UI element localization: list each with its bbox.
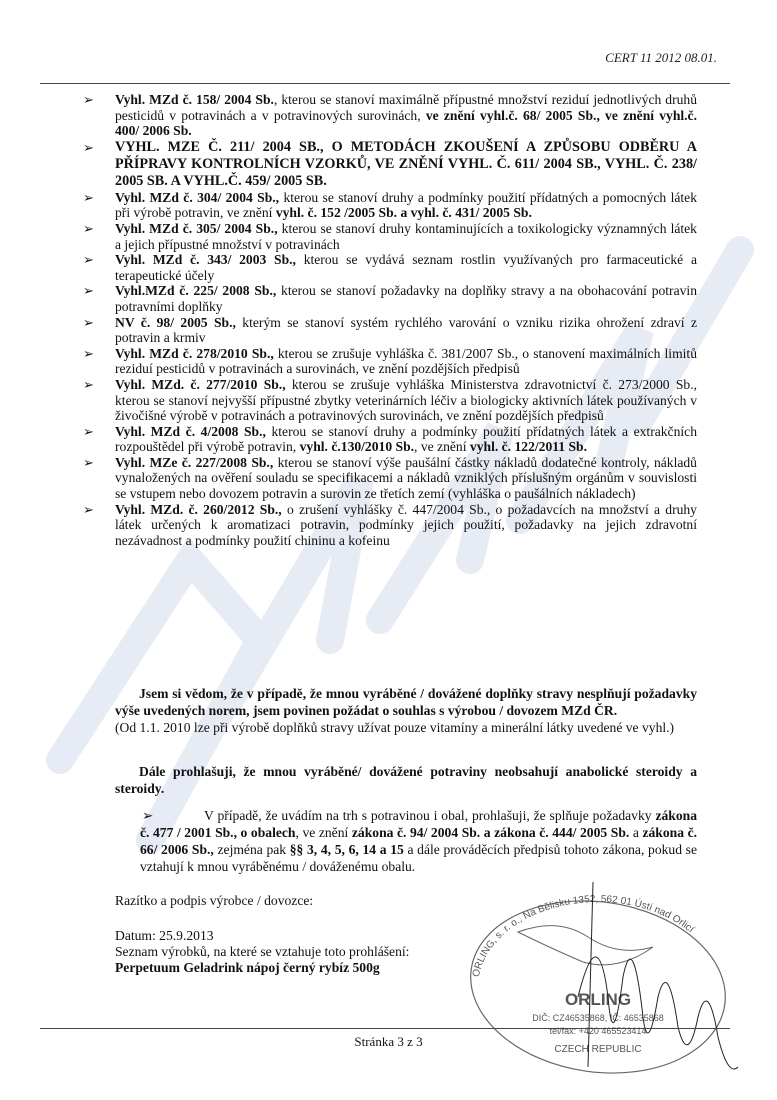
regulation-item: ➢ Vyhl. MZe č. 227/2008 Sb., kterou se s… (115, 455, 697, 502)
date: Datum: 25.9.2013 (115, 928, 409, 944)
page-number: Stránka 3 z 3 (0, 1034, 777, 1050)
regulations-list: ➢Vyhl. MZd č. 158/ 2004 Sb., kterou se s… (115, 92, 697, 548)
packaging-declaration: ➢ V případě, že uvádím na trh s potravin… (140, 807, 697, 875)
regulation-item: ➢Vyhl. MZd č. 343/ 2003 Sb., kterou se v… (115, 252, 697, 283)
bold-reference: Vyhl. MZd č. 343/ 2003 Sb., (115, 252, 296, 267)
regulation-item: ➢ Vyhl. MZd č. 278/2010 Sb., kterou se z… (115, 346, 697, 377)
arrow-bullet-icon: ➢ (83, 315, 94, 331)
regulation-item: ➢ Vyhl. MZd č. 4/2008 Sb., kterou se sta… (115, 424, 697, 455)
bold-reference: Vyhl. MZd. č. 260/2012 Sb., (115, 502, 282, 517)
product-name: Perpetuum Geladrink nápoj černý rybíz 50… (115, 960, 409, 976)
packaging-text: V případě, že uvádím na trh s potravinou… (140, 807, 697, 875)
arrow-bullet-icon: ➢ (83, 455, 94, 471)
text-run: , ve znění (414, 439, 470, 454)
regulation-item: ➢ Vyhl. MZd. č. 277/2010 Sb., kterou se … (115, 377, 697, 424)
bold-reference: Vyhl.MZd č. 225/ 2008 Sb., (115, 283, 276, 298)
regulation-item: ➢Vyhl.MZd č. 225/ 2008 Sb., kterou se st… (115, 283, 697, 314)
bold-reference: §§ 3, 4, 5, 6, 14 a 15 (290, 842, 404, 857)
bold-reference: Vyhl. MZd č. 4/2008 Sb., (115, 424, 266, 439)
stamp-arc-text: ORLING, s. r. o., Na Bělisku 1352, 562 0… (471, 894, 696, 978)
bold-reference: Vyhl. MZd č. 304/ 2004 Sb., (115, 190, 279, 205)
declaration-supplements-note: (Od 1.1. 2010 lze při výrobě doplňků str… (115, 719, 697, 736)
regulation-item: ➢Vyhl. MZd č. 158/ 2004 Sb., kterou se s… (115, 92, 697, 139)
bold-reference: Vyhl. MZd č. 305/ 2004 Sb., (115, 221, 278, 236)
arrow-bullet-icon: ➢ (83, 346, 94, 362)
bold-reference: Vyhl. MZd č. 278/2010 Sb., (115, 346, 274, 361)
regulation-item: ➢ NV č. 98/ 2005 Sb., kterým se stanoví … (115, 315, 697, 346)
bold-reference: Vyhl. MZe č. 227/2008 Sb., (115, 455, 273, 470)
declaration-supplements: Jsem si vědom, že v případě, že mnou vyr… (115, 685, 697, 736)
svg-text:ORLING, s. r. o., Na Bělisku 1: ORLING, s. r. o., Na Bělisku 1352, 562 0… (471, 894, 696, 978)
text-run: V případě, že uvádím na trh s potravinou… (204, 808, 655, 823)
arrow-bullet-icon: ➢ (142, 807, 153, 824)
arrow-bullet-icon: ➢ (83, 252, 94, 268)
arrow-bullet-icon: ➢ (83, 92, 94, 108)
bold-reference: vyhl. č.130/2010 Sb. (300, 439, 414, 454)
signature-label: Razítko a podpis výrobce / dovozce: (115, 893, 313, 909)
text-run: , ve znění (295, 825, 351, 840)
regulation-item: ➢Vyhl. MZd č. 304/ 2004 Sb., kterou se s… (115, 190, 697, 221)
regulation-item: ➢VYHL. MZE Č. 211/ 2004 SB., O METODÁCH … (115, 139, 697, 190)
arrow-bullet-icon: ➢ (83, 139, 94, 156)
bold-reference: vyhl. č. 152 /2005 Sb. a vyhl. č. 431/ 2… (276, 205, 532, 220)
arrow-bullet-icon: ➢ (83, 424, 94, 440)
regulation-item: ➢Vyhl. MZd č. 305/ 2004 Sb., kterou se s… (115, 221, 697, 252)
document-code: CERT 11 2012 08.01. (605, 50, 717, 66)
bold-reference: vyhl. č. 122/2011 Sb. (470, 439, 587, 454)
text-run: zejména pak (214, 842, 290, 857)
products-label: Seznam výrobků, na které se vztahuje tot… (115, 944, 409, 960)
text-run: a (629, 825, 642, 840)
arrow-bullet-icon: ➢ (83, 283, 94, 299)
arrow-bullet-icon: ➢ (83, 502, 94, 518)
bold-reference: VYHL. MZE Č. 211/ 2004 SB., O METODÁCH Z… (115, 139, 697, 189)
arrow-bullet-icon: ➢ (83, 221, 94, 237)
arrow-bullet-icon: ➢ (83, 377, 94, 393)
bird-icon (518, 926, 653, 965)
arrow-bullet-icon: ➢ (83, 190, 94, 206)
bold-reference: NV č. 98/ 2005 Sb., (115, 315, 236, 330)
signature-block: Datum: 25.9.2013 Seznam výrobků, na kter… (115, 928, 409, 976)
declaration-supplements-text: Jsem si vědom, že v případě, že mnou vyr… (115, 685, 697, 719)
declaration-steroids: Dále prohlašuji, že mnou vyráběné/ dováž… (115, 763, 697, 797)
bold-reference: Vyhl. MZd. č. 277/2010 Sb., (115, 377, 286, 392)
bold-reference: zákona č. 94/ 2004 Sb. a zákona č. 444/ … (352, 825, 629, 840)
header-rule (40, 83, 730, 84)
footer-rule (40, 1028, 730, 1029)
regulation-item: ➢Vyhl. MZd. č. 260/2012 Sb., o zrušení v… (115, 502, 697, 549)
bold-reference: Vyhl. MZd č. 158/ 2004 Sb. (115, 92, 274, 107)
